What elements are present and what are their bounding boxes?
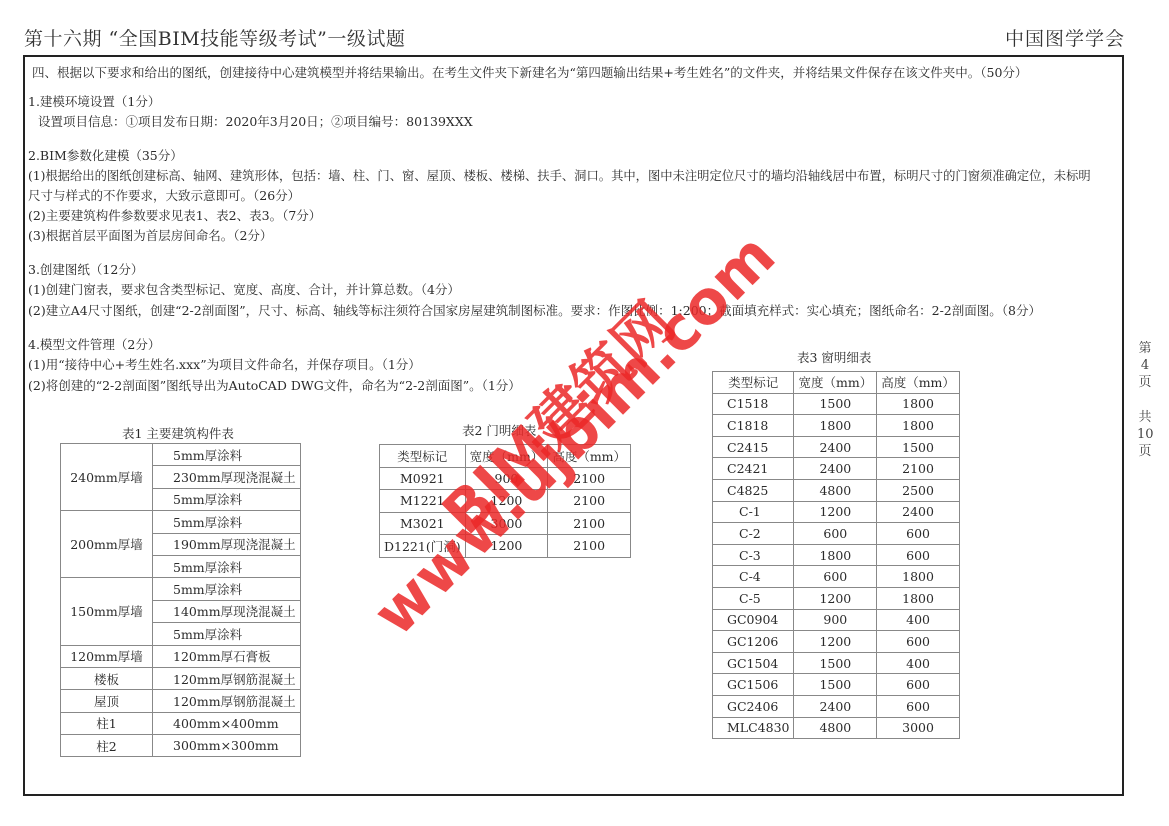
width-value: 600: [794, 566, 877, 588]
width-value: 3000: [465, 512, 548, 535]
exam-title: 第十六期 “全国BIM技能等级考试”一级试题: [24, 24, 405, 51]
page-current-number: 4: [1137, 357, 1153, 374]
table-row: MLC483048003000: [713, 717, 960, 739]
component-spec: 400mm×400mm: [153, 712, 301, 734]
type-mark: GC1504: [713, 652, 794, 674]
door-schedule-table: 类型标记 宽度（mm） 高度（mm） M09219002100M12211200…: [379, 444, 631, 558]
table-row: C-112002400: [713, 501, 960, 523]
section-2-line-3: (3)根据首层平面图为首层房间命名。（2分）: [28, 230, 272, 243]
height-value: 3000: [877, 717, 960, 739]
width-value: 1200: [465, 490, 548, 513]
component-name: 柱1: [61, 712, 153, 734]
table-row: 柱2300mm×300mm: [61, 735, 301, 757]
height-value: 600: [877, 695, 960, 717]
width-value: 4800: [794, 479, 877, 501]
page-total-number: 10: [1137, 426, 1153, 443]
type-mark: C1818: [713, 415, 794, 437]
table-row: GC0904900400: [713, 609, 960, 631]
height-value: 1800: [877, 393, 960, 415]
width-value: 1500: [794, 393, 877, 415]
section-3-heading: 3.创建图纸（12分）: [28, 264, 143, 277]
type-mark: GC0904: [713, 609, 794, 631]
height-value: 400: [877, 609, 960, 631]
component-spec: 120mm厚石膏板: [153, 645, 301, 667]
table-row: C242124002100: [713, 458, 960, 480]
section-4-line-1: (1)用“接待中心+考生姓名.xxx”为项目文件命名，并保存项目。（1分）: [28, 359, 421, 372]
width-value: 1200: [794, 501, 877, 523]
section-2-line-2: (2)主要建筑构件参数要求见表1、表2、表3。（7分）: [28, 210, 321, 223]
type-mark: GC1506: [713, 674, 794, 696]
width-value: 1800: [794, 415, 877, 437]
width-value: 1800: [794, 544, 877, 566]
component-name: 屋顶: [61, 690, 153, 712]
width-value: 4800: [794, 717, 877, 739]
component-name: 240mm厚墙: [61, 444, 153, 511]
height-value: 1500: [877, 436, 960, 458]
table-row: C181818001800: [713, 415, 960, 437]
width-value: 1500: [794, 652, 877, 674]
height-value: 2100: [548, 535, 631, 558]
type-mark: C-2: [713, 523, 794, 545]
table-row: M122112002100: [380, 490, 631, 513]
section-2-heading: 2.BIM参数化建模（35分）: [28, 150, 183, 163]
type-mark: M1221: [380, 490, 466, 513]
width-value: 600: [794, 523, 877, 545]
component-spec: 300mm×300mm: [153, 735, 301, 757]
type-mark: C2415: [713, 436, 794, 458]
table-row: 200mm厚墙5mm厚涂料: [61, 511, 301, 533]
type-mark: C2421: [713, 458, 794, 480]
height-value: 2500: [877, 479, 960, 501]
width-value: 900: [465, 467, 548, 490]
table-row: 屋顶120mm厚钢筋混凝土: [61, 690, 301, 712]
type-mark: MLC4830: [713, 717, 794, 739]
table-row: GC24062400600: [713, 695, 960, 717]
table-row: 楼板120mm厚钢筋混凝土: [61, 667, 301, 689]
table-row: M302130002100: [380, 512, 631, 535]
organization-name: 中国图学学会: [1005, 24, 1125, 51]
height-value: 1800: [877, 415, 960, 437]
table-row: GC15041500400: [713, 652, 960, 674]
type-mark: M3021: [380, 512, 466, 535]
component-name: 150mm厚墙: [61, 578, 153, 645]
table-row: C-46001800: [713, 566, 960, 588]
table-row: 150mm厚墙5mm厚涂料: [61, 578, 301, 600]
component-spec: 5mm厚涂料: [153, 488, 301, 510]
component-spec: 5mm厚涂料: [153, 555, 301, 577]
width-value: 2400: [794, 695, 877, 717]
width-value: 2400: [794, 458, 877, 480]
type-mark: C-5: [713, 587, 794, 609]
height-value: 600: [877, 544, 960, 566]
height-value: 400: [877, 652, 960, 674]
section-3-line-2: (2)建立A4尺寸图纸，创建“2-2剖面图”，尺寸、标高、轴线等标注须符合国家房…: [28, 305, 1041, 318]
table1-caption: 表1 主要建筑构件表: [122, 424, 234, 442]
component-name: 柱2: [61, 735, 153, 757]
table2-header-width: 宽度（mm）: [465, 445, 548, 468]
table2-caption: 表2 门明细表: [462, 421, 536, 439]
table-row: C-2600600: [713, 523, 960, 545]
type-mark: M0921: [380, 467, 466, 490]
table-row: GC15061500600: [713, 674, 960, 696]
page-current-prefix: 第: [1137, 340, 1153, 357]
component-spec: 5mm厚涂料: [153, 623, 301, 645]
component-name: 楼板: [61, 667, 153, 689]
section-2-line-1-cont: 尺寸与样式的不作要求，大致示意即可。（26分）: [28, 190, 300, 203]
width-value: 1200: [465, 535, 548, 558]
type-mark: C-1: [713, 501, 794, 523]
width-value: 2400: [794, 436, 877, 458]
type-mark: C-4: [713, 566, 794, 588]
section-1-line: 设置项目信息：①项目发布日期：2020年3月20日；②项目编号：80139XXX: [38, 116, 473, 129]
table-row: D1221(门洞)12002100: [380, 535, 631, 558]
question-intro: 四、根据以下要求和给出的图纸，创建接待中心建筑模型并将结果输出。在考生文件夹下新…: [32, 67, 1027, 80]
height-value: 600: [877, 674, 960, 696]
component-spec: 5mm厚涂料: [153, 511, 301, 533]
type-mark: C1518: [713, 393, 794, 415]
component-spec: 5mm厚涂料: [153, 578, 301, 600]
height-value: 2100: [548, 490, 631, 513]
height-value: 600: [877, 631, 960, 653]
table-row: C241524001500: [713, 436, 960, 458]
table2-header-mark: 类型标记: [380, 445, 466, 468]
height-value: 2100: [877, 458, 960, 480]
table2-header-height: 高度（mm）: [548, 445, 631, 468]
height-value: 1800: [877, 587, 960, 609]
component-spec: 230mm厚现浇混凝土: [153, 466, 301, 488]
height-value: 2400: [877, 501, 960, 523]
page-current-suffix: 页: [1137, 374, 1153, 391]
section-2-line-1: (1)根据给出的图纸创建标高、轴网、建筑形体，包括：墙、柱、门、窗、屋顶、楼板、…: [28, 170, 1091, 182]
table-row: 240mm厚墙5mm厚涂料: [61, 444, 301, 466]
width-value: 1200: [794, 587, 877, 609]
height-value: 2100: [548, 467, 631, 490]
type-mark: C4825: [713, 479, 794, 501]
table3-header-mark: 类型标记: [713, 372, 794, 394]
type-mark: GC2406: [713, 695, 794, 717]
component-spec: 120mm厚钢筋混凝土: [153, 690, 301, 712]
height-value: 1800: [877, 566, 960, 588]
type-mark: D1221(门洞): [380, 535, 466, 558]
table-row: C-31800600: [713, 544, 960, 566]
page-indicator: 第 4 页 共 10 页: [1137, 340, 1153, 460]
component-spec: 5mm厚涂料: [153, 444, 301, 466]
section-3-line-1: (1)创建门窗表，要求包含类型标记、宽度、高度、合计，并计算总数。（4分）: [28, 284, 460, 297]
type-mark: C-3: [713, 544, 794, 566]
type-mark: GC1206: [713, 631, 794, 653]
component-spec: 120mm厚钢筋混凝土: [153, 667, 301, 689]
table3-caption: 表3 窗明细表: [797, 348, 871, 366]
table-row: 柱1400mm×400mm: [61, 712, 301, 734]
table-row: 120mm厚墙120mm厚石膏板: [61, 645, 301, 667]
section-4-heading: 4.模型文件管理（2分）: [28, 339, 160, 352]
page-total-suffix: 页: [1137, 443, 1153, 460]
component-spec: 190mm厚现浇混凝土: [153, 533, 301, 555]
section-1-heading: 1.建模环境设置（1分）: [28, 96, 160, 109]
table-row: M09219002100: [380, 467, 631, 490]
table3-header-height: 高度（mm）: [877, 372, 960, 394]
window-schedule-table: 类型标记 宽度（mm） 高度（mm） C151815001800C1818180…: [712, 371, 960, 739]
component-table: 240mm厚墙5mm厚涂料230mm厚现浇混凝土5mm厚涂料200mm厚墙5mm…: [60, 443, 301, 757]
table3-header-width: 宽度（mm）: [794, 372, 877, 394]
height-value: 2100: [548, 512, 631, 535]
width-value: 900: [794, 609, 877, 631]
component-name: 200mm厚墙: [61, 511, 153, 578]
section-4-line-2: (2)将创建的“2-2剖面图”图纸导出为AutoCAD DWG文件，命名为“2-…: [28, 380, 521, 393]
height-value: 600: [877, 523, 960, 545]
page-total-prefix: 共: [1137, 409, 1153, 426]
width-value: 1200: [794, 631, 877, 653]
component-name: 120mm厚墙: [61, 645, 153, 667]
width-value: 1500: [794, 674, 877, 696]
table-row: C151815001800: [713, 393, 960, 415]
table-row: GC12061200600: [713, 631, 960, 653]
component-spec: 140mm厚现浇混凝土: [153, 600, 301, 622]
table-row: C482548002500: [713, 479, 960, 501]
table-row: C-512001800: [713, 587, 960, 609]
